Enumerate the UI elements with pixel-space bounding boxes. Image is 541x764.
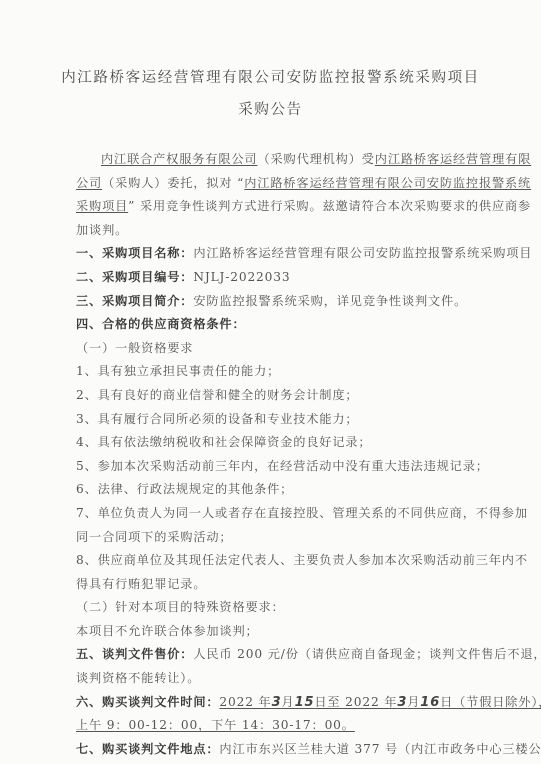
intro-line-2: 公司（采购人）委托，拟对 “内江路桥客运经营管理有限公司安防监控报警系统: [76, 172, 460, 196]
requirement-8-cont: 得具有行贿犯罪记录。: [76, 573, 460, 597]
section-5-cont: 谈判资格不能转让）。: [76, 667, 460, 691]
intro-line-1: 内江联合产权服务有限公司（采购代理机构）受内江路桥客运经营管理有限: [76, 148, 460, 172]
section-4-sub-2: （二）针对本项目的特殊资格要求：: [76, 596, 460, 620]
project-name: 内江路桥客运经营管理有限公司安防监控报警系统: [244, 176, 531, 190]
purchase-period: 2022 年3月15日至 2022 年3月16日（节假日除外），: [219, 695, 541, 709]
document-subtitle: 采购公告: [0, 98, 541, 119]
document-title: 内江路桥客运经营管理有限公司安防监控报警系统采购项目: [0, 66, 541, 87]
requirement-3: 3、具有履行合同所必须的设备和专业技术能力；: [76, 408, 460, 432]
handwritten-day-1: 15: [295, 695, 315, 710]
project-number: NJLJ-2022033: [193, 270, 290, 284]
section-1: 一、采购项目名称：内江路桥客运经营管理有限公司安防监控报警系统采购项目: [76, 242, 460, 266]
section-3: 三、采购项目简介：安防监控报警系统采购，详见竞争性谈判文件。: [76, 290, 460, 314]
section-6: 六、购买谈判文件时间：2022 年3月15日至 2022 年3月16日（节假日除…: [76, 691, 460, 715]
document-body: 内江联合产权服务有限公司（采购代理机构）受内江路桥客运经营管理有限 公司（采购人…: [76, 148, 460, 761]
intro-line-3: 采购项目” 采用竞争性谈判方式进行采购。兹邀请符合本次采购要求的供应商参: [76, 195, 460, 219]
section-4-sub-1: （一）一般资格要求: [76, 337, 460, 361]
section-4: 四、合格的供应商资格条件：: [76, 313, 460, 337]
section-2: 二、采购项目编号：NJLJ-2022033: [76, 266, 460, 290]
purchaser-name: 内江路桥客运经营管理有限: [375, 152, 531, 166]
handwritten-month-1: 3: [272, 695, 282, 710]
section-6-cont: 上午 9：00-12：00，下午 14：30-17：00。: [76, 714, 460, 738]
requirement-4: 4、具有依法缴纳税收和社会保障资金的良好记录；: [76, 431, 460, 455]
requirement-1: 1、具有独立承担民事责任的能力；: [76, 360, 460, 384]
section-7: 七、购买谈判文件地点：内江市东兴区兰桂大道 377 号（内江市政务中心三楼公: [76, 738, 460, 762]
intro-line-4: 加谈判。: [76, 219, 460, 243]
section-4-sub-2-value: 本项目不允许联合体参加谈判；: [76, 620, 460, 644]
requirement-7-cont: 同一合同项下的采购活动；: [76, 526, 460, 550]
handwritten-month-2: 3: [397, 695, 407, 710]
requirement-8: 8、供应商单位及其现任法定代表人、主要负责人参加本次采购活动前三年内不: [76, 549, 460, 573]
requirement-6: 6、法律、行政法规规定的其他条件；: [76, 478, 460, 502]
agency-name: 内江联合产权服务有限公司: [101, 152, 257, 166]
document-page: 内江路桥客运经营管理有限公司安防监控报警系统采购项目 采购公告 内江联合产权服务…: [0, 0, 541, 764]
requirement-5: 5、参加本次采购活动前三年内，在经营活动中没有重大违法违规记录；: [76, 455, 460, 479]
handwritten-day-2: 16: [420, 695, 440, 710]
section-5: 五、谈判文件售价：人民币 200 元/份（请供应商自备现金；谈判文件售后不退，: [76, 643, 460, 667]
requirement-2: 2、具有良好的商业信誉和健全的财务会计制度；: [76, 384, 460, 408]
requirement-7: 7、单位负责人为同一人或者存在直接控股、管理关系的不同供应商，不得参加: [76, 502, 460, 526]
